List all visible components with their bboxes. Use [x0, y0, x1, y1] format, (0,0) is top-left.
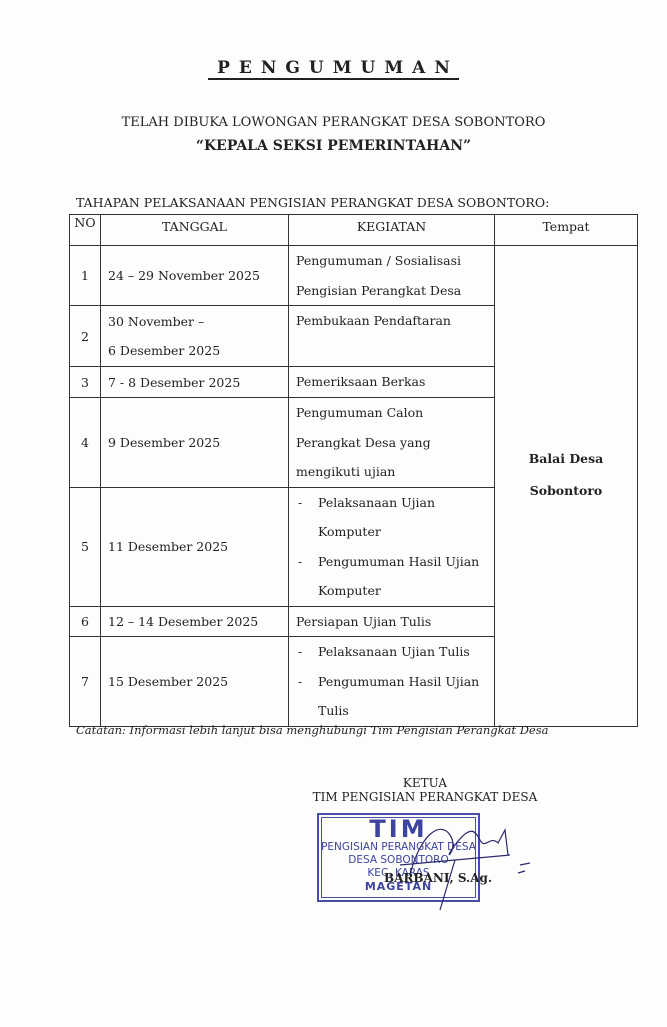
activity-bullet-cont: Komputer [296, 576, 487, 606]
date-line: 9 Desember 2025 [108, 428, 281, 457]
note: Catatan: Informasi lebih lanjut bisa men… [76, 723, 548, 737]
activity-line: Pembukaan Pendaftaran [296, 306, 487, 336]
table-row: 124 – 29 November 2025Pengumuman / Sosia… [70, 246, 638, 306]
row-date: 24 – 29 November 2025 [101, 246, 289, 306]
row-date: 9 Desember 2025 [101, 398, 289, 488]
activity-bullet: Pelaksanaan Ujian [296, 488, 487, 518]
activity-bullet: Pengumuman Hasil Ujian [296, 547, 487, 577]
col-date: TANGGAL [101, 215, 289, 246]
row-activity: Pelaksanaan UjianKomputerPengumuman Hasi… [289, 487, 495, 606]
row-date: 11 Desember 2025 [101, 487, 289, 606]
row-number: 3 [70, 367, 101, 398]
role-line-2: TIM PENGISIAN PERANGKAT DESA [300, 790, 550, 804]
signature-scribble-icon [380, 815, 530, 915]
activity-line: Pengisian Perangkat Desa [296, 276, 487, 306]
row-activity: Pelaksanaan Ujian TulisPengumuman Hasil … [289, 637, 495, 727]
row-number: 7 [70, 637, 101, 727]
activity-bullet-cont: Komputer [296, 517, 487, 547]
schedule-label: TAHAPAN PELAKSANAAN PENGISIAN PERANGKAT … [76, 195, 549, 210]
schedule-table: NO TANGGAL KEGIATAN Tempat 124 – 29 Nove… [69, 214, 638, 727]
activity-line: Pengumuman Calon [296, 398, 487, 428]
date-line: 12 – 14 Desember 2025 [108, 607, 281, 636]
col-no: NO [70, 215, 101, 246]
row-date: 15 Desember 2025 [101, 637, 289, 727]
date-line: 30 November – [108, 307, 281, 336]
row-number: 2 [70, 306, 101, 367]
activity-line: Pengumuman / Sosialisasi [296, 246, 487, 276]
place-cell: Balai DesaSobontoro [495, 246, 638, 727]
row-activity: Pemeriksaan Berkas [289, 367, 495, 398]
date-line: 15 Desember 2025 [108, 667, 281, 696]
signature-role: KETUA TIM PENGISIAN PERANGKAT DESA [300, 776, 550, 804]
col-activity: KEGIATAN [289, 215, 495, 246]
row-number: 1 [70, 246, 101, 306]
subtitle: TELAH DIBUKA LOWONGAN PERANGKAT DESA SOB… [0, 115, 667, 130]
role-line-1: KETUA [300, 776, 550, 790]
place-line: Sobontoro [502, 475, 630, 507]
place-line: Balai Desa [502, 443, 630, 475]
activity-line: Persiapan Ujian Tulis [296, 607, 487, 637]
page-title: PENGUMUMAN [0, 58, 667, 78]
title-text: PENGUMUMAN [208, 58, 459, 80]
signatory-name: BARBANI, S.Ag. [384, 871, 492, 885]
activity-bullet: Pengumuman Hasil Ujian [296, 667, 487, 697]
row-number: 4 [70, 398, 101, 488]
table-header-row: NO TANGGAL KEGIATAN Tempat [70, 215, 638, 246]
col-place: Tempat [495, 215, 638, 246]
date-line: 7 - 8 Desember 2025 [108, 368, 281, 397]
row-activity: Pembukaan Pendaftaran [289, 306, 495, 367]
row-activity: Pengumuman / SosialisasiPengisian Perang… [289, 246, 495, 306]
activity-line: Pemeriksaan Berkas [296, 367, 487, 397]
row-activity: Persiapan Ujian Tulis [289, 606, 495, 637]
row-date: 7 - 8 Desember 2025 [101, 367, 289, 398]
row-number: 5 [70, 487, 101, 606]
activity-bullet: Pelaksanaan Ujian Tulis [296, 637, 487, 667]
activity-line: mengikuti ujian [296, 457, 487, 487]
row-date: 12 – 14 Desember 2025 [101, 606, 289, 637]
activity-line: Perangkat Desa yang [296, 428, 487, 458]
date-line: 6 Desember 2025 [108, 336, 281, 365]
row-number: 6 [70, 606, 101, 637]
date-line: 11 Desember 2025 [108, 532, 281, 561]
activity-bullet-cont: Tulis [296, 696, 487, 726]
date-line: 24 – 29 November 2025 [108, 261, 281, 290]
row-date: 30 November –6 Desember 2025 [101, 306, 289, 367]
row-activity: Pengumuman CalonPerangkat Desa yangmengi… [289, 398, 495, 488]
position-title: “KEPALA SEKSI PEMERINTAHAN” [0, 138, 667, 154]
